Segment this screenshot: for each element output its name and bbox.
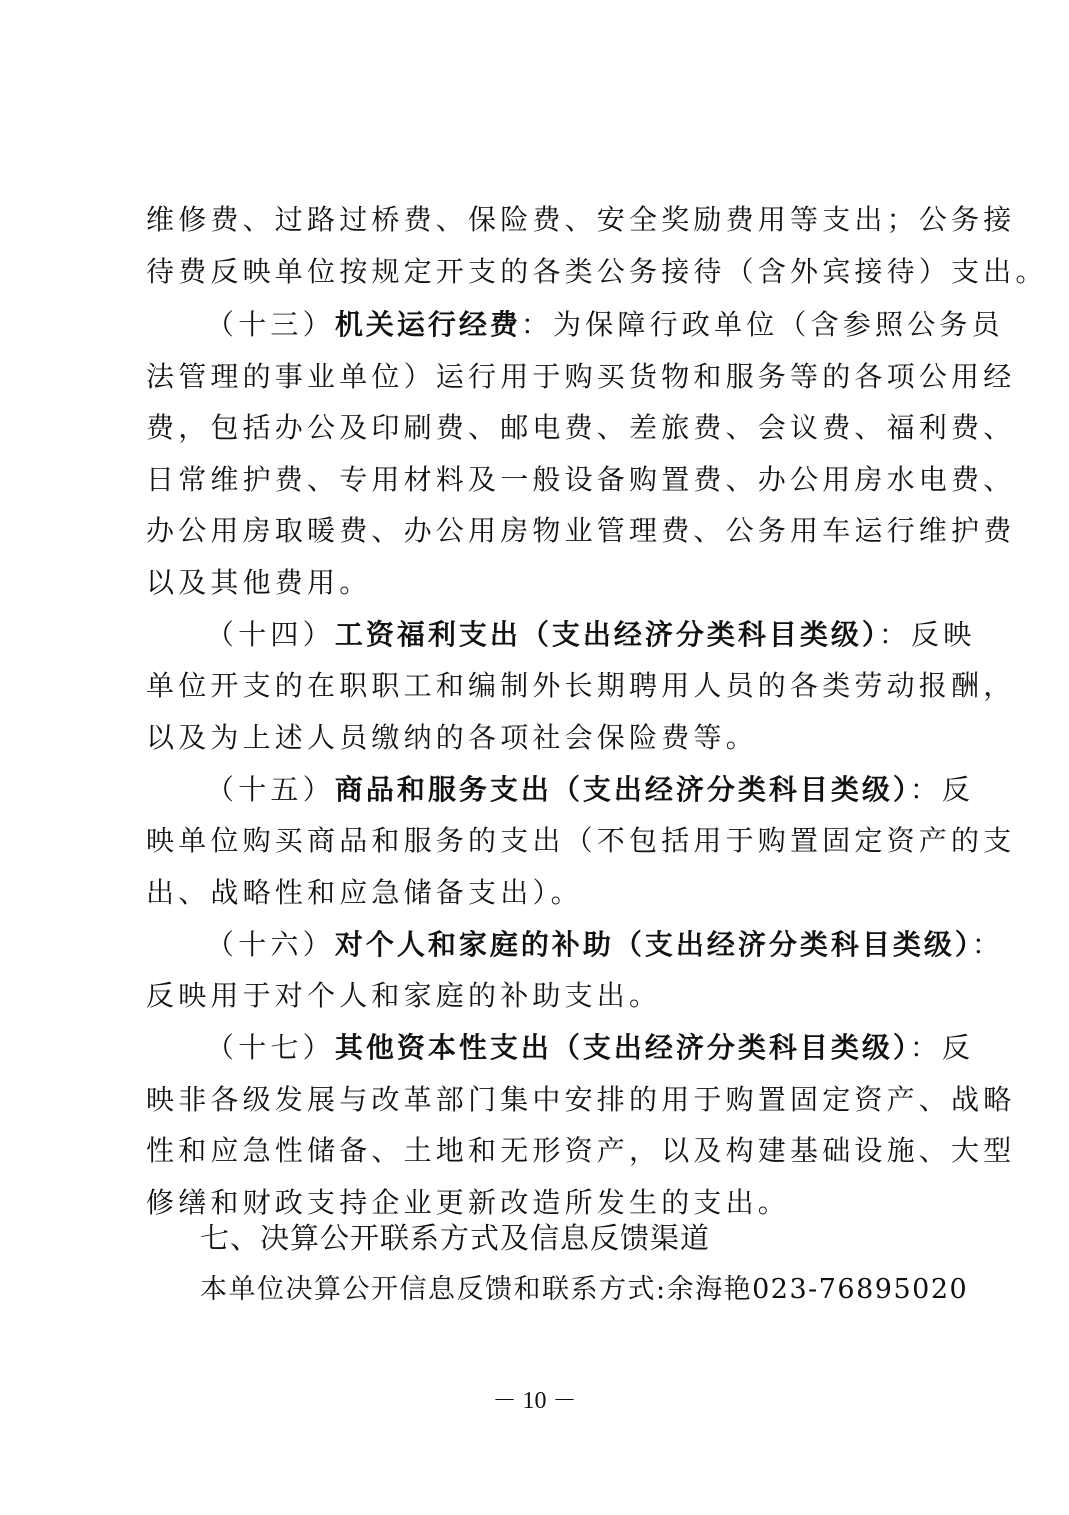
paragraph-line: 映单位购买商品和服务的支出（不包括用于购置固定资产的支	[146, 821, 936, 861]
paragraph-line: 费，包括办公及印刷费、邮电费、差旅费、会议费、福利费、	[146, 408, 936, 448]
section-term: 对个人和家庭的补助（支出经济分类科目类级）	[335, 928, 972, 961]
section-heading: 七、决算公开联系方式及信息反馈渠道	[200, 1218, 710, 1258]
paragraph-line: 出、战略性和应急储备支出）。	[146, 873, 936, 913]
paragraph-line: 单位开支的在职职工和编制外长期聘用人员的各类劳动报酬，	[146, 666, 936, 706]
section-number: （十三）	[206, 308, 335, 341]
paragraph-line: 反映用于对个人和家庭的补助支出。	[146, 976, 936, 1016]
paragraph-line: 映非各级发展与改革部门集中安排的用于购置固定资产、战略	[146, 1080, 936, 1120]
section-number: （十六）	[206, 928, 335, 961]
paragraph-line: 法管理的事业单位）运行用于购买货物和服务等的各项公用经	[146, 357, 936, 397]
section-text: ：反	[910, 1031, 974, 1064]
section-16-first-line: （十六）对个人和家庭的补助（支出经济分类科目类级）：	[206, 925, 936, 965]
paragraph-line: 以及其他费用。	[146, 563, 936, 603]
section-13-first-line: （十三）机关运行经费：为保障行政单位（含参照公务员	[206, 305, 936, 345]
section-term: 机关运行经费	[335, 308, 521, 341]
paragraph-line: 以及为上述人员缴纳的各项社会保险费等。	[146, 718, 936, 758]
section-text: ：	[972, 928, 1004, 961]
section-17-first-line: （十七）其他资本性支出（支出经济分类科目类级）：反	[206, 1028, 936, 1068]
section-number: （十七）	[206, 1031, 335, 1064]
section-number: （十五）	[206, 773, 335, 806]
paragraph-line: 维修费、过路过桥费、保险费、安全奖励费用等支出；公务接	[146, 200, 936, 240]
page-number: － 10 －	[0, 1380, 1069, 1415]
section-term: 商品和服务支出（支出经济分类科目类级）	[335, 773, 910, 806]
section-text: ：反	[910, 773, 974, 806]
paragraph-line: 性和应急性储备、土地和无形资产，以及构建基础设施、大型	[146, 1131, 936, 1171]
section-number: （十四）	[206, 618, 335, 651]
section-text: ：为保障行政单位（含参照公务员	[521, 308, 1004, 341]
section-text: ：反映	[879, 618, 976, 651]
section-term: 工资福利支出（支出经济分类科目类级）	[335, 618, 879, 651]
section-term: 其他资本性支出（支出经济分类科目类级）	[335, 1031, 910, 1064]
paragraph-line: 修缮和财政支持企业更新改造所发生的支出。	[146, 1183, 936, 1223]
section-15-first-line: （十五）商品和服务支出（支出经济分类科目类级）：反	[206, 770, 936, 810]
section-14-first-line: （十四）工资福利支出（支出经济分类科目类级）：反映	[206, 615, 936, 655]
paragraph-line: 日常维护费、专用材料及一般设备购置费、办公用房水电费、	[146, 460, 936, 500]
paragraph-line: 待费反映单位按规定开支的各类公务接待（含外宾接待）支出。	[146, 252, 936, 292]
paragraph-line: 办公用房取暖费、办公用房物业管理费、公务用车运行维护费	[146, 511, 936, 551]
contact-info: 本单位决算公开信息反馈和联系方式:余海艳023-76895020	[200, 1270, 968, 1310]
